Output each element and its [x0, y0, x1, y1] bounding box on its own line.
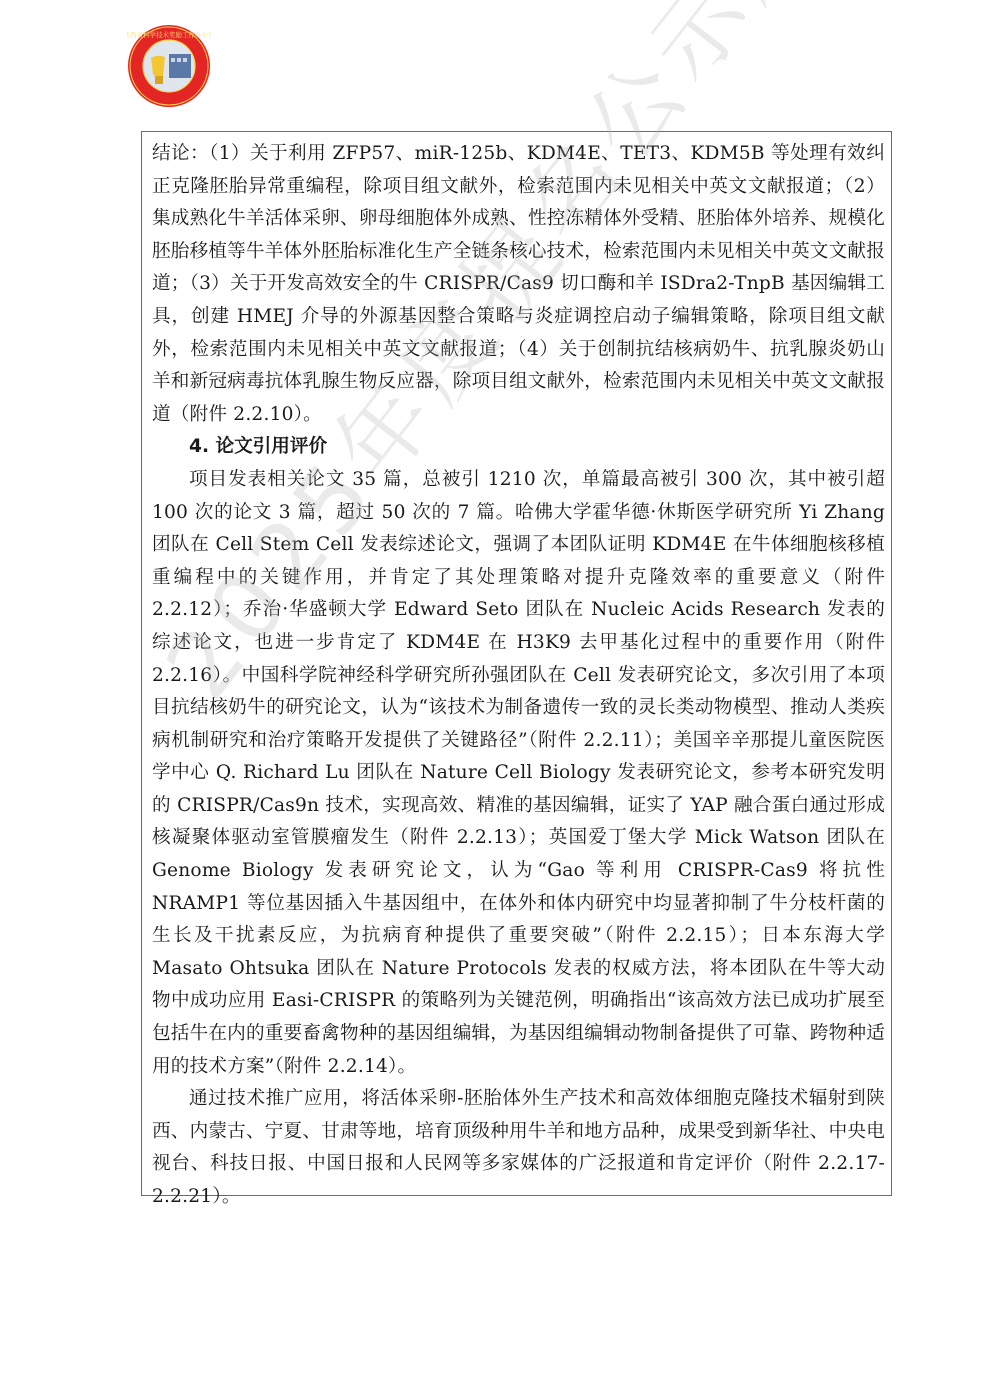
- conclusion-paragraph: 结论：（1）关于利用 ZFP57、miR-125b、KDM4E、TET3、KDM…: [152, 138, 885, 431]
- svg-text:陕西省科学技术奖励工作办公室: 陕西省科学技术奖励工作办公室: [127, 30, 211, 39]
- document-body: 结论：（1）关于利用 ZFP57、miR-125b、KDM4E、TET3、KDM…: [152, 138, 885, 1214]
- institutional-seal-logo: 陕西省科学技术奖励工作办公室: [127, 24, 211, 108]
- technology-promotion-paragraph: 通过技术推广应用，将活体采卵-胚胎体外生产技术和高效体细胞克隆技术辐射到陕西、内…: [152, 1083, 885, 1213]
- seal-icon: 陕西省科学技术奖励工作办公室: [127, 24, 211, 108]
- section-heading-citation-evaluation: 4. 论文引用评价: [152, 431, 885, 464]
- citation-evaluation-paragraph: 项目发表相关论文 35 篇，总被引 1210 次，单篇最高被引 300 次，其中…: [152, 464, 885, 1083]
